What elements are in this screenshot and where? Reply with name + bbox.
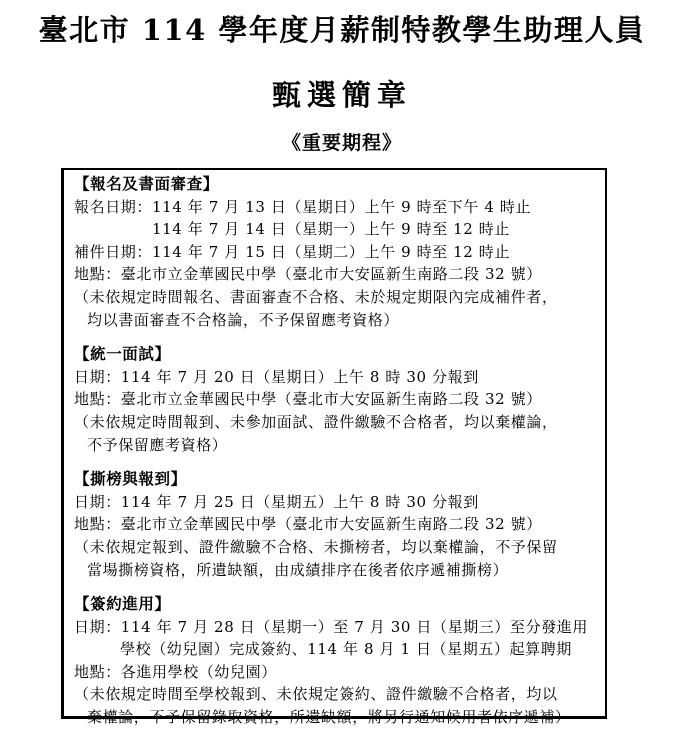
registration-date-2: 114 年 7 月 14 日（星期一）上午 9 時至 12 時止 — [74, 218, 605, 241]
note: （未依規定報到、證件繳驗不合格、未撕榜者，均以棄權論，不予保留 — [74, 536, 605, 559]
note-continued: 棄權論，不予保留錄取資格，所遺缺額，將另行通知候用者依序遞補） — [74, 706, 605, 729]
section-registration: 【報名及書面審查】 報名日期：114 年 7 月 13 日（星期日）上午 9 時… — [74, 173, 605, 331]
section-interview: 【統一面試】 日期：114 年 7 月 20 日（星期日）上午 8 時 30 分… — [74, 343, 605, 456]
section-contract: 【簽約進用】 日期：114 年 7 月 28 日（星期一）至 7 月 30 日（… — [74, 593, 605, 729]
section-heading: 【撕榜與報到】 — [74, 468, 605, 491]
note: （未依規定時間報名、書面審查不合格、未於規定期限內完成補件者， — [74, 286, 605, 309]
supplement-date: 補件日期：114 年 7 月 15 日（星期二）上午 9 時至 12 時止 — [74, 241, 605, 264]
selection-date: 日期：114 年 7 月 25 日（星期五）上午 8 時 30 分報到 — [74, 491, 605, 514]
location: 地點：各進用學校（幼兒園） — [74, 661, 605, 684]
contract-date-continued: 學校（幼兒園）完成簽約、114 年 8 月 1 日（星期五）起算聘期 — [74, 638, 605, 661]
document-title-line2: 甄選簡章 — [0, 73, 684, 114]
note-continued: 不予保留應考資格） — [74, 434, 605, 457]
location: 地點：臺北市立金華國民中學（臺北市大安區新生南路二段 32 號） — [74, 388, 605, 411]
location: 地點：臺北市立金華國民中學（臺北市大安區新生南路二段 32 號） — [74, 263, 605, 286]
registration-date: 報名日期：114 年 7 月 13 日（星期日）上午 9 時至下午 4 時止 — [74, 196, 605, 219]
document-title: 臺北市 114 學年度月薪制特教學生助理人員 — [0, 8, 684, 49]
section-heading: 【報名及書面審查】 — [74, 173, 605, 196]
section-heading: 【統一面試】 — [74, 343, 605, 366]
schedule-box: 【報名及書面審查】 報名日期：114 年 7 月 13 日（星期日）上午 9 時… — [61, 168, 607, 719]
schedule-subtitle: 《重要期程》 — [0, 128, 684, 155]
contract-date: 日期：114 年 7 月 28 日（星期一）至 7 月 30 日（星期三）至分發… — [74, 616, 605, 639]
note-continued: 當場撕榜資格，所遺缺額，由成績排序在後者依序遞補撕榜） — [74, 559, 605, 582]
note: （未依規定時間報到、未參加面試、證件繳驗不合格者，均以棄權論， — [74, 411, 605, 434]
note-continued: 均以書面審查不合格論，不予保留應考資格） — [74, 309, 605, 332]
section-selection-report: 【撕榜與報到】 日期：114 年 7 月 25 日（星期五）上午 8 時 30 … — [74, 468, 605, 581]
location: 地點：臺北市立金華國民中學（臺北市大安區新生南路二段 32 號） — [74, 513, 605, 536]
interview-date: 日期：114 年 7 月 20 日（星期日）上午 8 時 30 分報到 — [74, 366, 605, 389]
note: （未依規定時間至學校報到、未依規定簽約、證件繳驗不合格者，均以 — [74, 683, 605, 706]
section-heading: 【簽約進用】 — [74, 593, 605, 616]
